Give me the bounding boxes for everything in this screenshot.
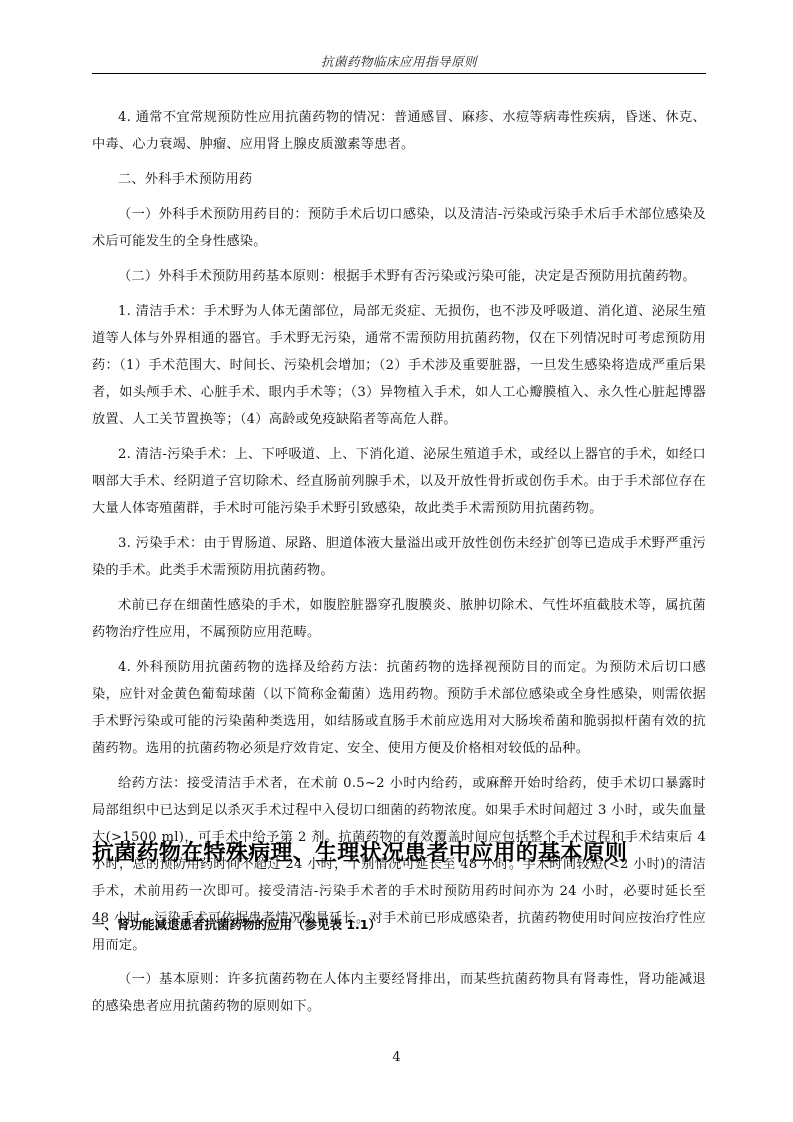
paragraph-basic-principle: （二）外科手术预防用药基本原则：根据手术野有否污染或污染可能，决定是否预防用抗菌… xyxy=(92,263,706,290)
paragraph-drug-selection: 4. 外科预防用抗菌药物的选择及给药方法：抗菌药物的选择视预防目的而定。为预防术… xyxy=(92,654,706,762)
paragraph-contaminated-surgery: 3. 污染手术：由于胃肠道、尿路、胆道体液大量溢出或开放性创伤未经扩创等已造成手… xyxy=(92,530,706,584)
subsection-heading: 一、肾功能减退患者抗菌药物的应用（参见表 1.1） xyxy=(92,915,381,933)
document-page: 抗菌药物临床应用指导原则 4. 通常不宜常规预防性应用抗菌药物的情况：普通感冒、… xyxy=(0,0,793,1122)
section-surgical-prophylaxis: 二、外科手术预防用药 xyxy=(92,166,706,193)
paragraph-preexisting-infection: 术前已存在细菌性感染的手术，如腹腔脏器穿孔腹膜炎、脓肿切除术、气性坏疽截肢术等，… xyxy=(92,592,706,646)
header-rule xyxy=(92,73,706,74)
section-heading: 抗菌药物在特殊病理、生理状况患者中应用的基本原则 xyxy=(92,836,627,867)
running-header: 抗菌药物临床应用指导原则 xyxy=(92,52,706,70)
paragraph-purpose: （一）外科手术预防用药目的：预防手术后切口感染，以及清洁-污染或污染手术后手术部… xyxy=(92,201,706,255)
paragraph-clean-surgery: 1. 清洁手术：手术野为人体无菌部位，局部无炎症、无损伤，也不涉及呼吸道、消化道… xyxy=(92,298,706,433)
body-text-continued: （一）基本原则：许多抗菌药物在人体内主要经肾排出，而某些抗菌药物具有肾毒性，肾功… xyxy=(92,966,706,1028)
paragraph-clean-contaminated-surgery: 2. 清洁-污染手术：上、下呼吸道、上、下消化道、泌尿生殖道手术，或经以上器官的… xyxy=(92,441,706,522)
paragraph-item-4-no-prophylaxis: 4. 通常不宜常规预防性应用抗菌药物的情况：普通感冒、麻疹、水痘等病毒性疾病，昏… xyxy=(92,104,706,158)
paragraph-renal-principle: （一）基本原则：许多抗菌药物在人体内主要经肾排出，而某些抗菌药物具有肾毒性，肾功… xyxy=(92,966,706,1020)
page-number: 4 xyxy=(0,1050,793,1065)
